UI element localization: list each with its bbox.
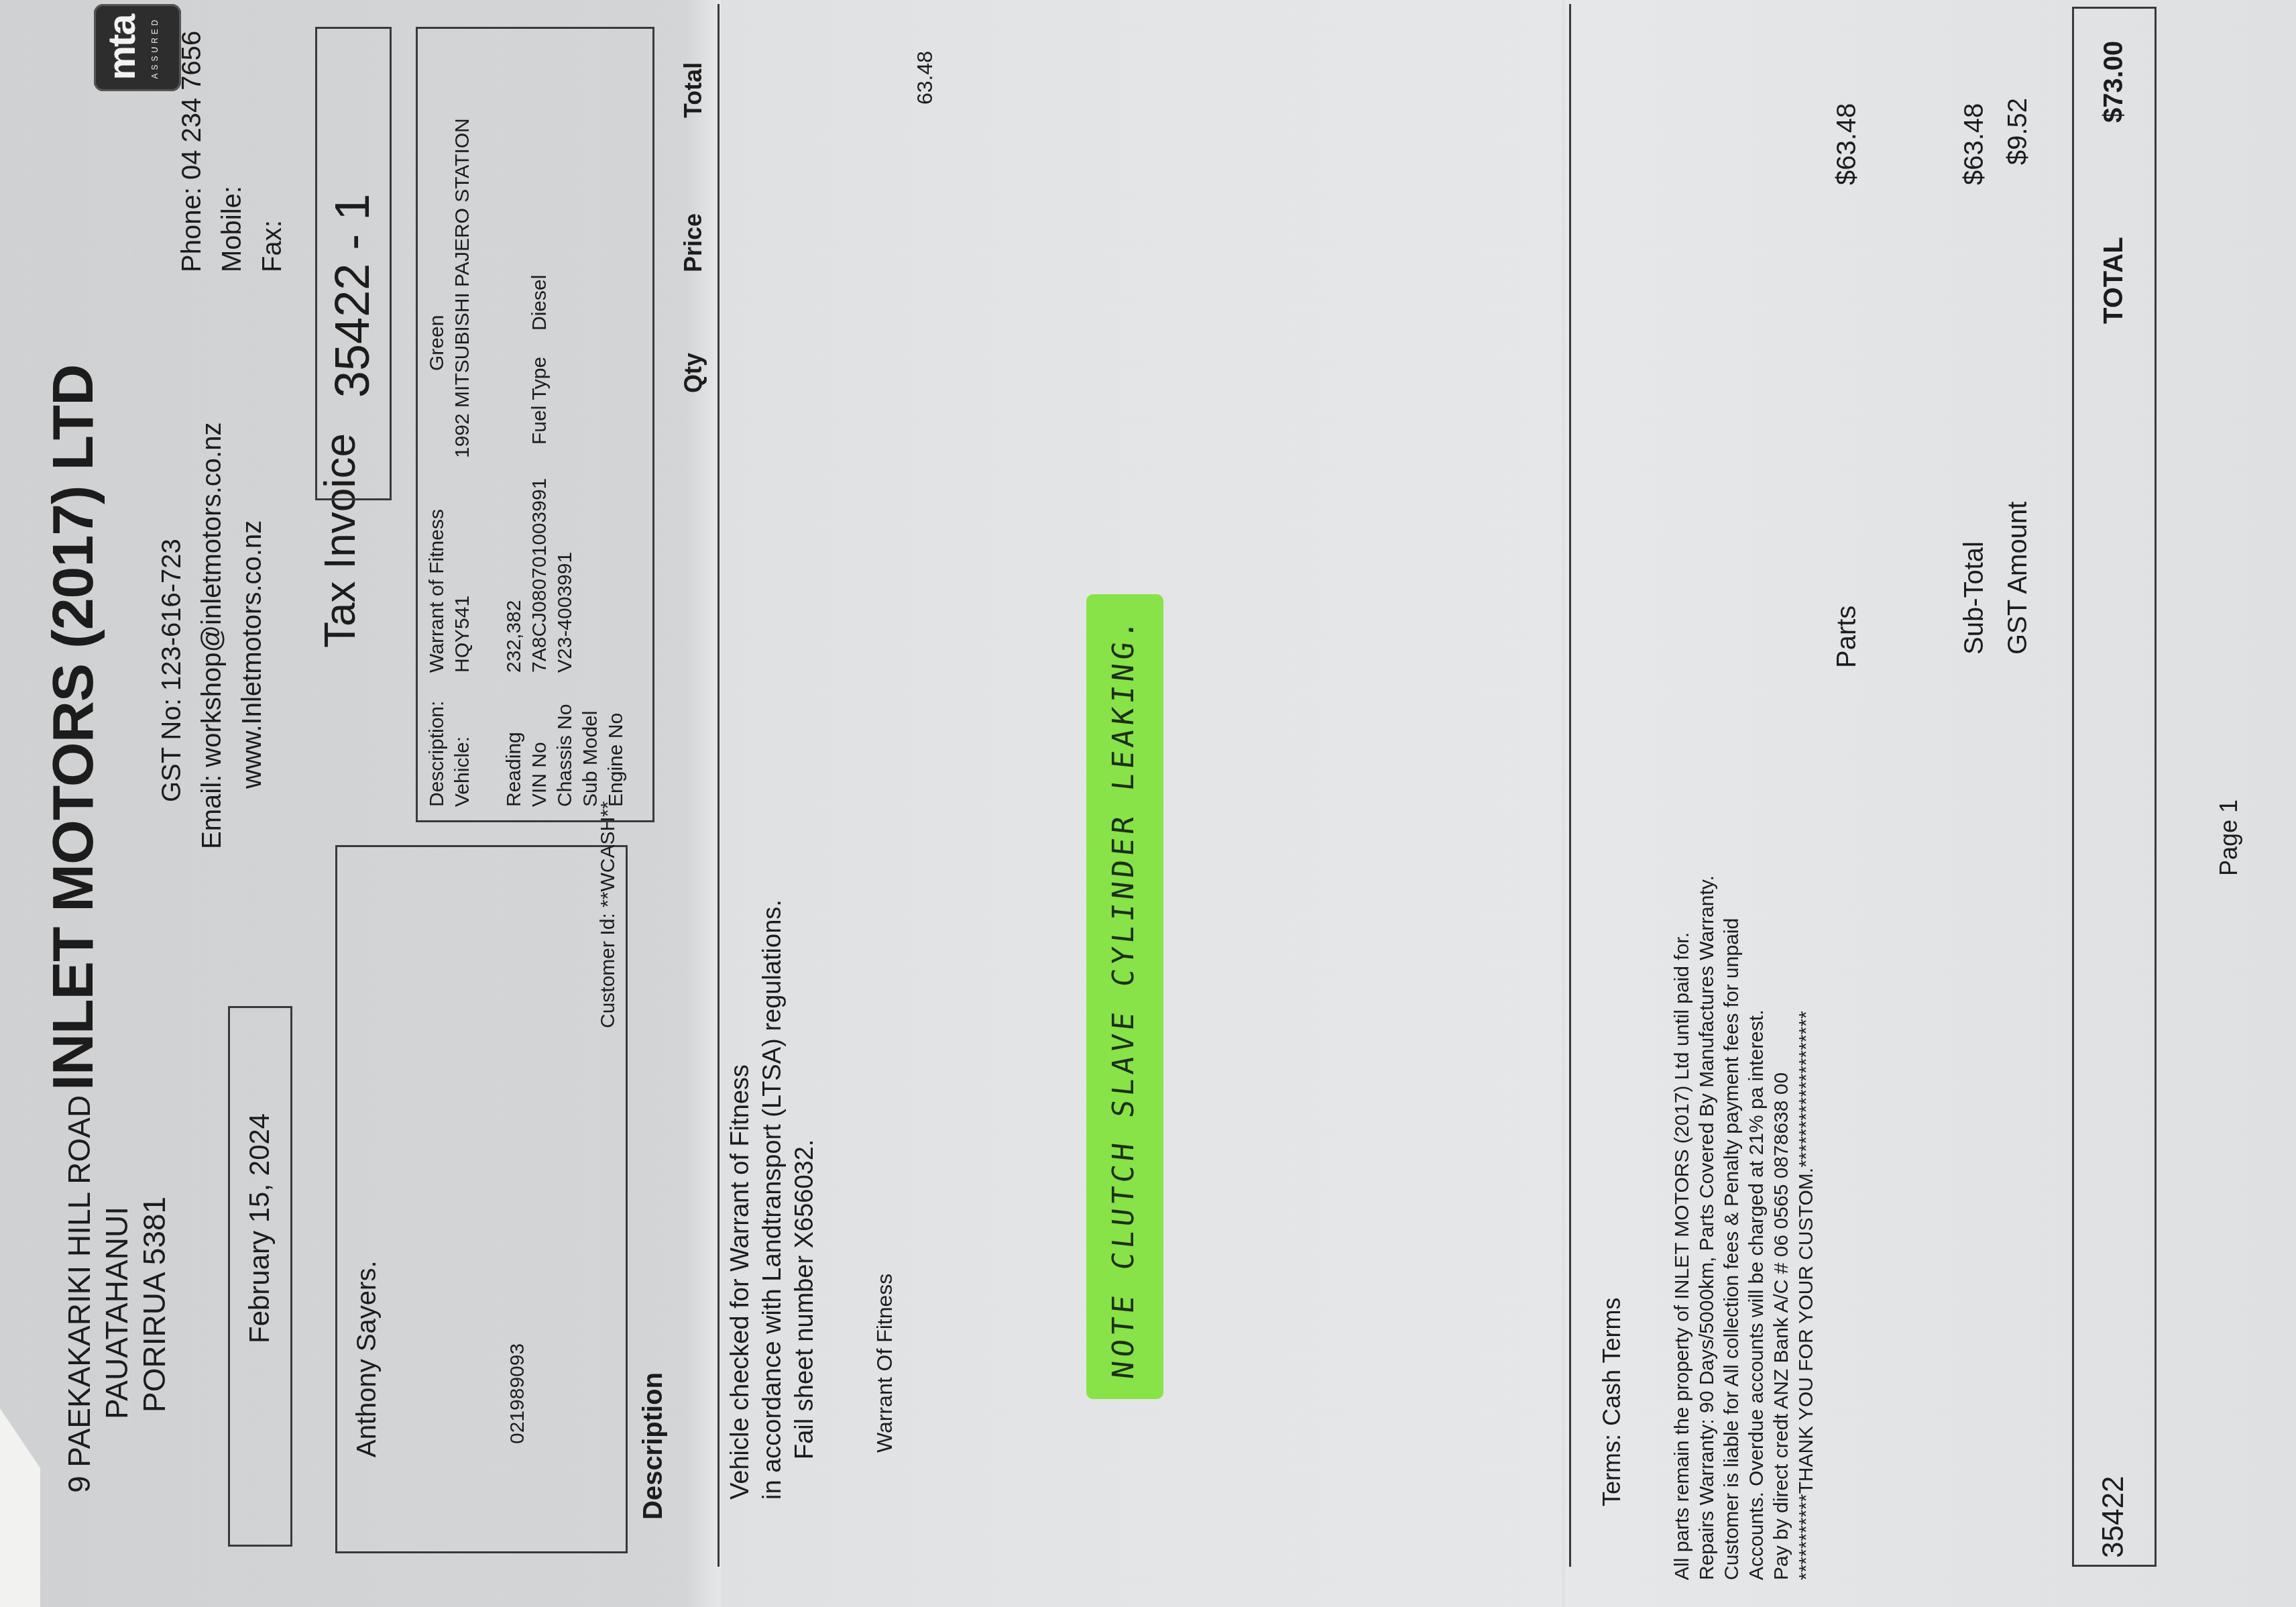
parts-label: Parts <box>1831 606 1863 668</box>
description-value: Warrant of Fitness <box>424 509 450 673</box>
vehicle-box: Description: Warrant of Fitness Vehicle:… <box>416 27 654 822</box>
note-line-3: Fail sheet number X656032. <box>789 899 821 1500</box>
chassis-value: V23-4003991 <box>553 552 578 673</box>
vehicle-colour: Green <box>424 315 450 371</box>
total-value: $73.00 <box>2098 41 2130 123</box>
address-line-1: 9 PAEKAKARIKI HILL ROAD <box>60 1095 98 1493</box>
terms-line-4: Accounts. Overdue accounts will be charg… <box>1744 875 1769 1580</box>
vin-label: VIN No <box>527 742 553 807</box>
header-divider <box>717 4 720 1567</box>
terms-line-2: Repairs Warranty: 90 Days/5000km, Parts … <box>1695 875 1719 1580</box>
terms-value: Cash Terms <box>1596 1298 1628 1426</box>
chassis-label: Chassis No <box>553 704 578 807</box>
mobile: Mobile: <box>215 186 249 272</box>
gst-label: GST Amount <box>2002 502 2034 655</box>
customer-id: Customer Id: **WCASH** <box>595 801 621 1028</box>
company-address: 9 PAEKAKARIKI HILL ROAD PAUATAHANUI PORI… <box>60 1095 173 1493</box>
date-box: February 15, 2024 <box>228 1006 292 1547</box>
terms-line-1: All parts remain the property of INLET M… <box>1670 875 1695 1580</box>
logo-text: mta <box>94 4 150 91</box>
total-box: 35422 TOTAL $73.00 <box>2072 7 2157 1567</box>
vehicle-rego: HQY541 <box>450 596 475 673</box>
vin-value: 7A8CJ080701003991 <box>527 478 553 673</box>
company-name: INLET MOTORS (2017) LTD <box>40 365 107 1091</box>
customer-phone: 021989093 <box>505 1343 530 1444</box>
terms-line-6: ***********THANK YOU FOR YOUR CUSTOM.***… <box>1794 875 1819 1580</box>
footer-invoice-number: 35422 <box>2098 1476 2130 1558</box>
handwritten-note: NOTE CLUTCH SLAVE CYLINDER LEAKING. <box>1106 614 1141 1381</box>
terms-label: Terms: <box>1596 1434 1628 1506</box>
subtotal-label: Sub-Total <box>1958 541 1990 655</box>
address-line-3: PORIRUA 5381 <box>135 1095 173 1493</box>
terms-line-5: Pay by direct credt ANZ Bank A/C # 06 05… <box>1769 875 1794 1580</box>
mta-assured-logo: mta ASSURED <box>94 4 181 91</box>
col-header-qty: Qty <box>677 353 709 393</box>
note-line-2: in accordance with Landtransport (LTSA) … <box>756 899 789 1500</box>
email[interactable]: Email: workshop@inletmotors.co.nz <box>194 423 229 849</box>
page-number: Page 1 <box>2213 799 2245 876</box>
reading-value: 232,382 <box>502 600 527 673</box>
terms-divider <box>1569 4 1571 1567</box>
fuel-type-value: Diesel <box>527 275 553 331</box>
terms-line-3: Customer is liable for All collection fe… <box>1719 875 1744 1580</box>
col-header-description: Description <box>637 1372 669 1520</box>
line-item-total: 63.48 <box>912 51 937 105</box>
gst-value: $9.52 <box>2002 98 2034 165</box>
terms-body: All parts remain the property of INLET M… <box>1670 875 1819 1580</box>
col-header-total: Total <box>677 62 709 118</box>
gst-number: GST No: 123-616-723 <box>154 539 189 802</box>
description-label: Description: <box>424 701 450 807</box>
invoice-date: February 15, 2024 <box>243 1113 276 1343</box>
fax: Fax: <box>255 220 290 272</box>
reading-label: Reading <box>502 732 527 807</box>
job-notes: Vehicle checked for Warrant of Fitness i… <box>724 899 821 1500</box>
website[interactable]: www.Inletmotors.co.nz <box>235 520 270 789</box>
invoice-page: 9 PAEKAKARIKI HILL ROAD PAUATAHANUI PORI… <box>0 0 2296 1607</box>
col-header-price: Price <box>677 213 709 272</box>
engine-label: Engine No <box>604 713 629 807</box>
customer-box: Anthony Sayers. 021989093 Customer Id: *… <box>335 845 628 1553</box>
customer-name: Anthony Sayers. <box>351 1261 383 1458</box>
total-label: TOTAL <box>2098 237 2130 324</box>
sub-model-label: Sub Model <box>578 711 604 807</box>
invoice-number: 35422 - 1 <box>325 194 380 398</box>
vehicle-label: Vehicle: <box>450 736 475 807</box>
parts-value: $63.48 <box>1831 103 1863 185</box>
line-item-description: Warrant Of Fitness <box>872 1274 897 1453</box>
invoice-number-box: 35422 - 1 <box>315 27 392 500</box>
note-line-1: Vehicle checked for Warrant of Fitness <box>724 899 756 1500</box>
logo-subtext: ASSURED <box>150 4 160 91</box>
fuel-type-label: Fuel Type <box>527 357 553 445</box>
subtotal-value: $63.48 <box>1958 103 1990 185</box>
address-line-2: PAUATAHANUI <box>98 1095 135 1493</box>
vehicle-model: 1992 MITSUBISHI PAJERO STATION <box>450 118 475 458</box>
